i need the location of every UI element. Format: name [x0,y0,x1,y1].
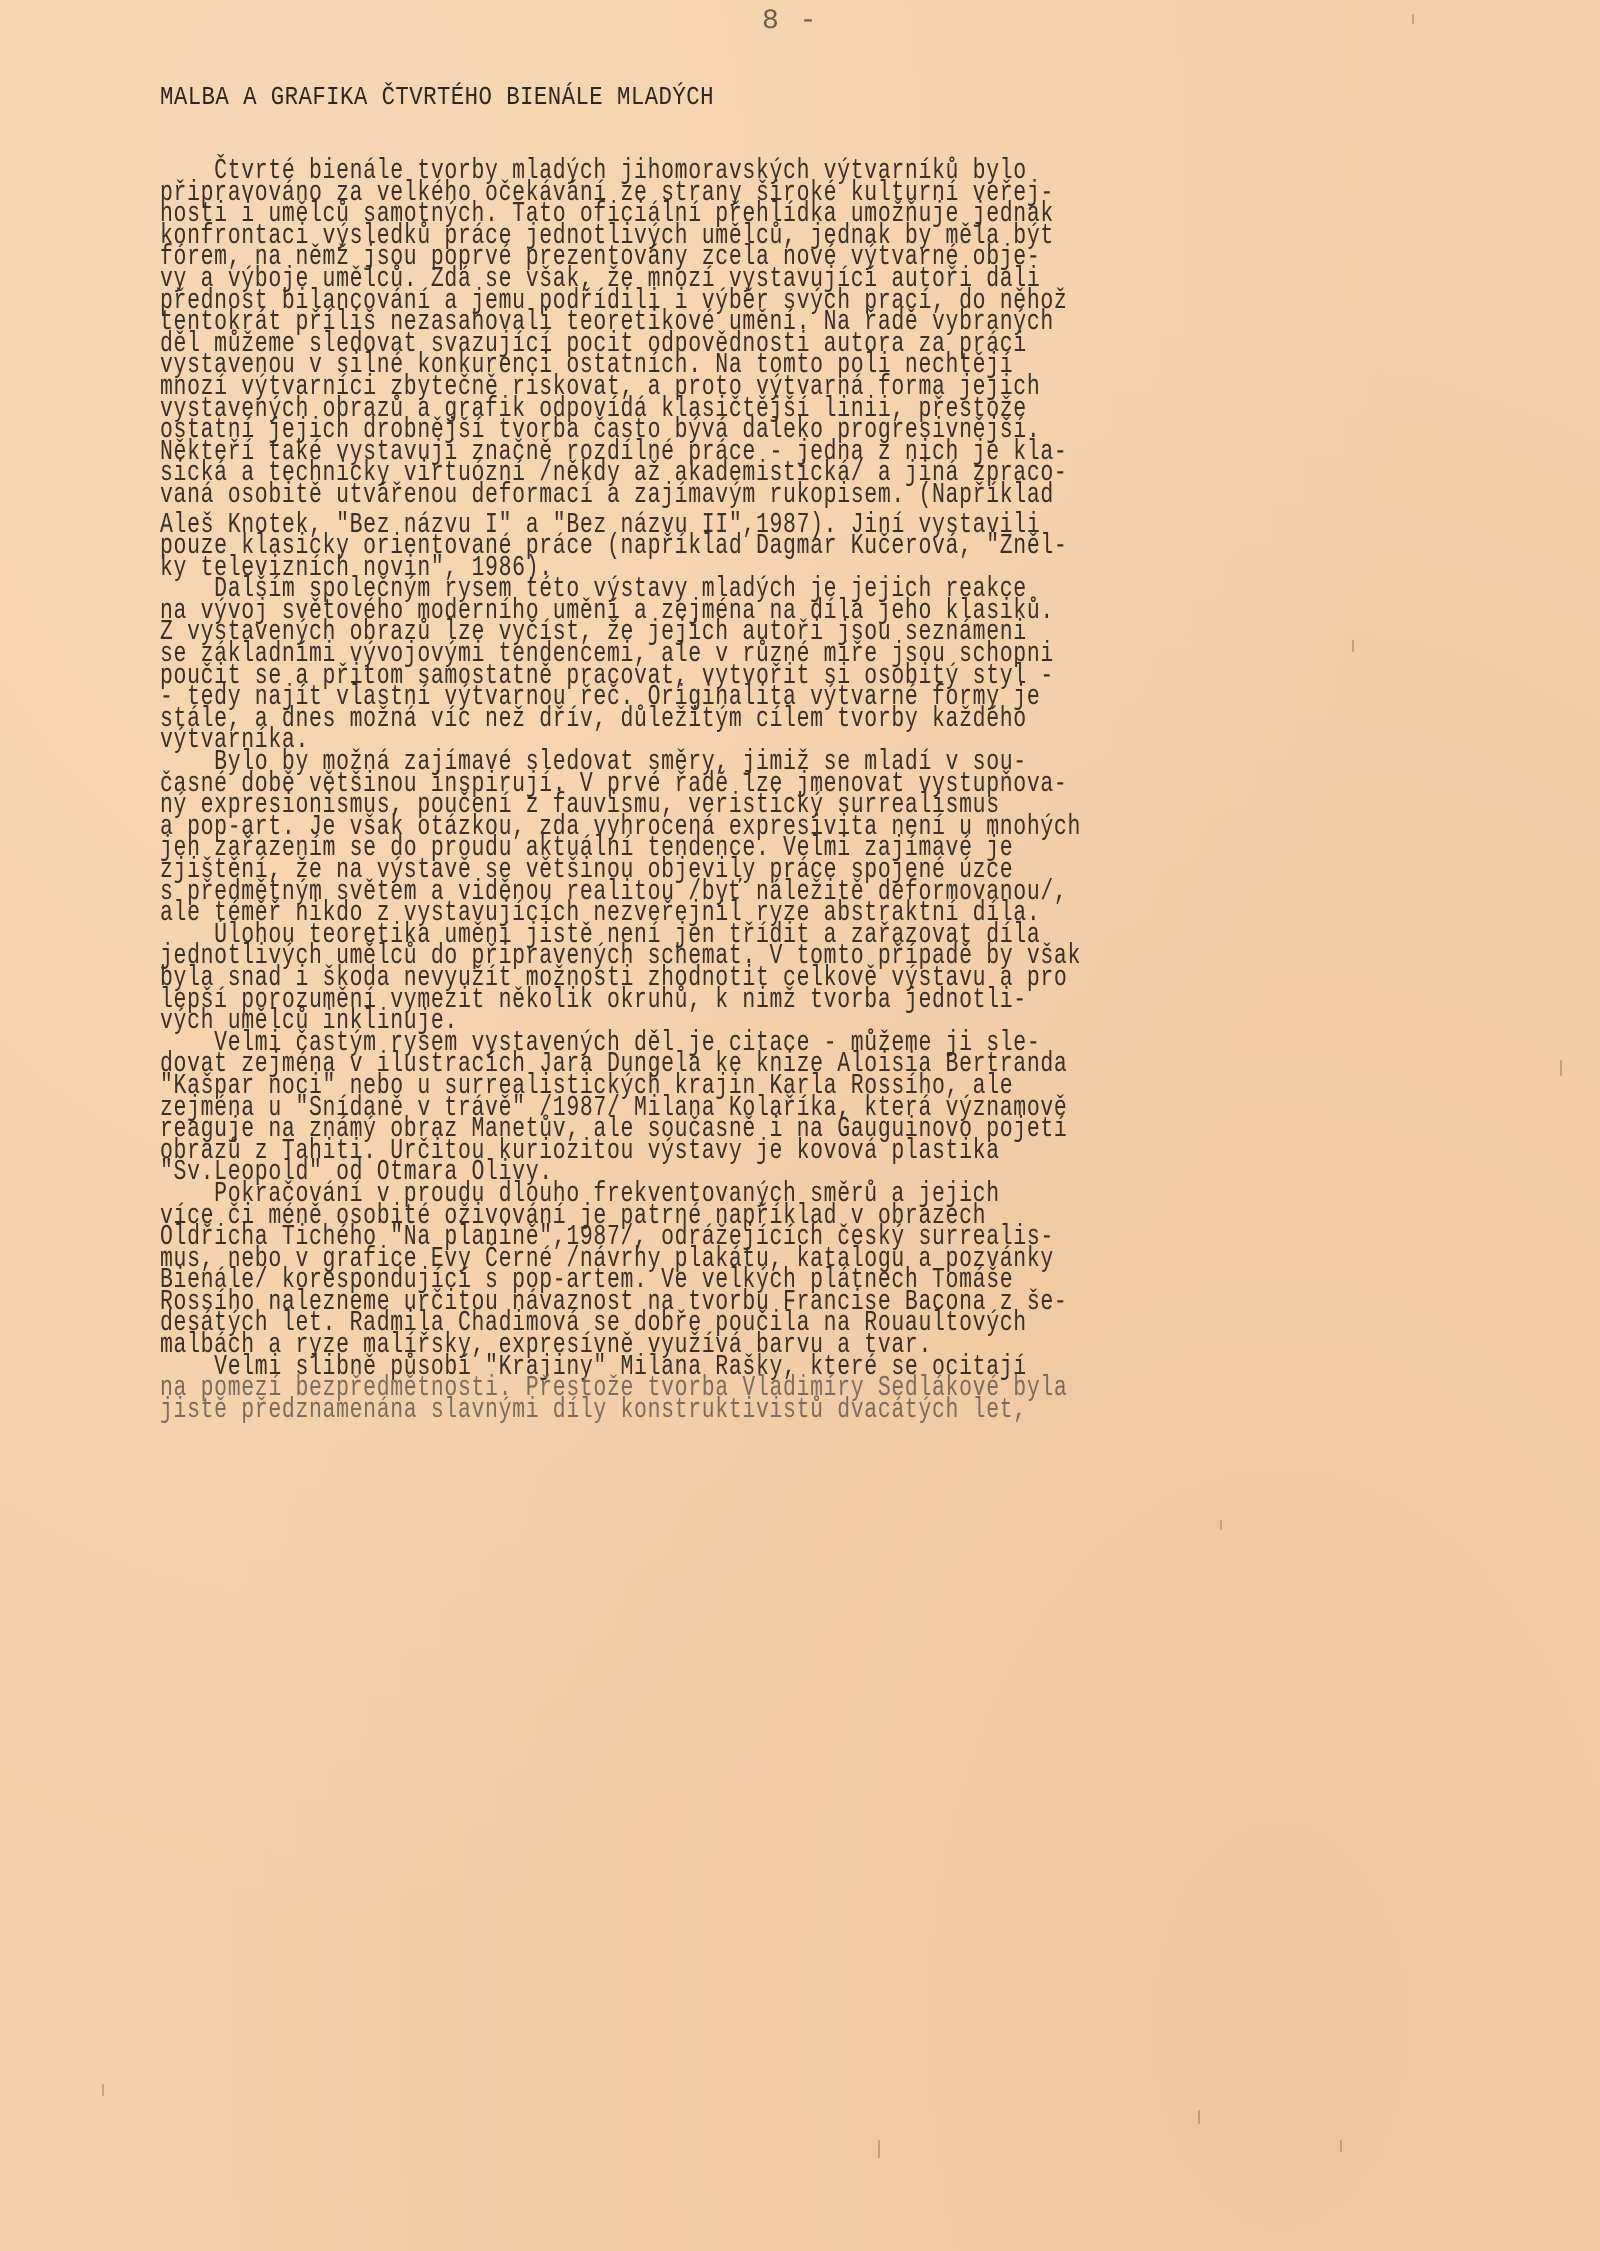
text-line: vaná osobitě utvářenou deformací a zajím… [160,484,1152,506]
paper-speck [1412,14,1414,24]
paper-speck [878,2140,880,2158]
paper-speck [1340,2140,1342,2152]
paper-speck [1198,2110,1200,2124]
paper-speck [1220,1520,1222,1530]
page-number: 8 - [762,6,818,37]
typewritten-page: 8 - MALBA A GRAFIKA ČTVRTÉHO BIENÁLE MLA… [0,0,1600,2251]
article-body: Čtvrté bienále tvorby mladých jihomoravs… [160,160,1500,1420]
text-line: jistě předznamenána slavnými díly konstr… [160,1399,1152,1421]
article-title: MALBA A GRAFIKA ČTVRTÉHO BIENÁLE MLADÝCH [160,82,714,112]
paper-speck [102,2084,104,2096]
paper-speck [1352,640,1354,652]
paper-speck [1560,1060,1562,1076]
paper-speck [232,160,234,174]
